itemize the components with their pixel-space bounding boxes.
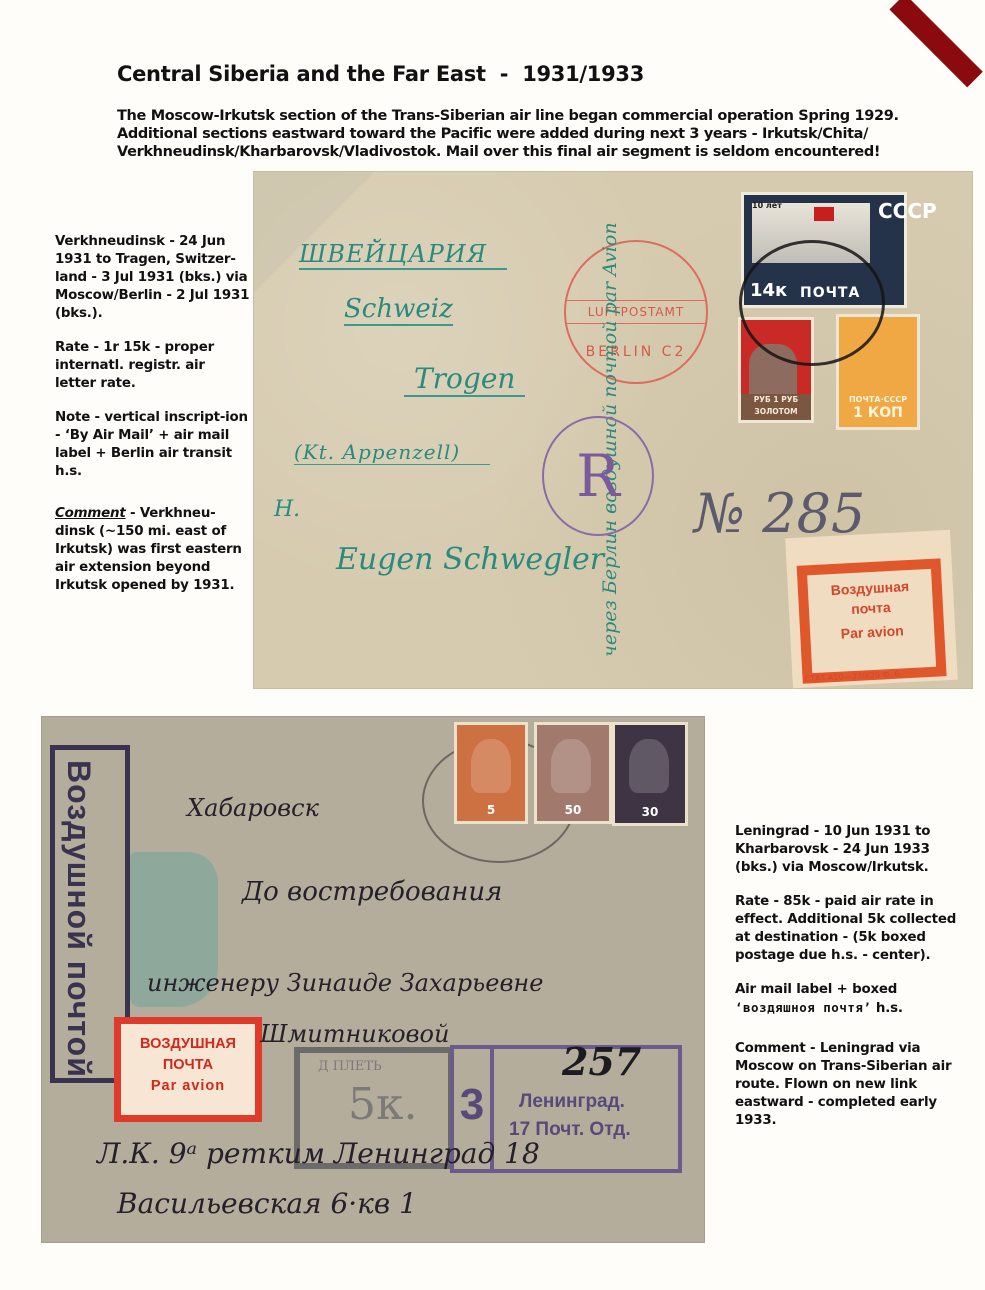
address-recipient: Eugen Schwegler [336, 542, 604, 577]
address-country-cyrillic: ШВЕЙЦАРИЯ [299, 240, 507, 270]
address-recipient: инженеру Зинаиде Захарьевне [147, 969, 543, 997]
stamp-50-kop[interactable]: 50 [534, 722, 612, 824]
address-country: Schweiz [344, 294, 453, 326]
cover2-label-note: Air mail label + boxed ‘воздяшноя почтя’… [735, 981, 960, 1018]
registration-r-handstamp: R [542, 416, 654, 536]
berlin-transit-handstamp: LUFTPOSTAMT BERLIN C2 [564, 240, 708, 384]
address-surname: Шмитниковой [260, 1020, 449, 1048]
portrait-icon [471, 739, 511, 793]
page-title: Central Siberia and the Far East - 1931/… [117, 62, 644, 86]
cover2-rate-note: Rate - 85k - paid air rate in effect. Ad… [735, 893, 960, 965]
berlin-text: BERLIN C2 [566, 344, 706, 360]
sender-address-line2: Васильевская 6·кв 1 [117, 1187, 417, 1220]
stamp-5-kop[interactable]: 5 [454, 722, 528, 824]
cover1-rate-note: Rate - 1r 15k - proper internatl. regist… [55, 339, 250, 393]
intro-paragraph: The Moscow-Irkutsk section of the Trans-… [117, 107, 907, 161]
sender-address-line1: Л.К. 9ᵃ ретким Ленинград 18 [97, 1137, 540, 1170]
corner-ribbon [889, 0, 982, 87]
address-city: Trogen [404, 362, 525, 397]
cover1-comment: Comment - Verkhneu-dinsk (~150 mi. east … [55, 505, 250, 595]
cover2-notes: Leningrad - 10 Jun 1931 to Kharbarovsk -… [735, 823, 960, 1146]
cover1-route-note: Verkhneudinsk - 24 Jun 1931 to Tragen, S… [55, 233, 250, 323]
envelope-fold [254, 172, 374, 292]
stamp-30-kop[interactable]: 30 [612, 722, 688, 826]
cover2-comment: Comment - Leningrad via Moscow on Trans-… [735, 1040, 960, 1130]
address-poste-restante: До востребования [242, 877, 502, 907]
cover1-notes: Verkhneudinsk - 24 Jun 1931 to Tragen, S… [55, 233, 250, 611]
portrait-icon [629, 739, 669, 793]
red-flag-icon [814, 207, 834, 221]
cover2-envelope[interactable]: Воздушной почтой ВОЗДУШНАЯ ПОЧТА Par avi… [42, 717, 704, 1242]
cover2-route-note: Leningrad - 10 Jun 1931 to Kharbarovsk -… [735, 823, 960, 877]
cover1-envelope[interactable]: ШВЕЙЦАРИЯ Schweiz Trogen (Kt. Appenzell)… [254, 172, 972, 688]
airmail-label: Воздушная почта Par avion СТАТ А10—37/Х2… [785, 530, 958, 688]
cover1-vertical-note: Note - vertical inscript-ion - ‘By Air M… [55, 409, 250, 481]
portrait-icon [551, 739, 591, 793]
address-city: Хабаровск [187, 794, 319, 822]
address-salutation: H. [274, 497, 300, 522]
luftpostamt-text: LUFTPOSTAMT [566, 300, 706, 324]
airmail-label: ВОЗДУШНАЯ ПОЧТА Par avion [114, 1017, 262, 1122]
comment-label: Comment [55, 506, 126, 521]
address-canton: (Kt. Appenzell) [294, 440, 490, 465]
verkhneudinsk-postmark [739, 240, 885, 366]
